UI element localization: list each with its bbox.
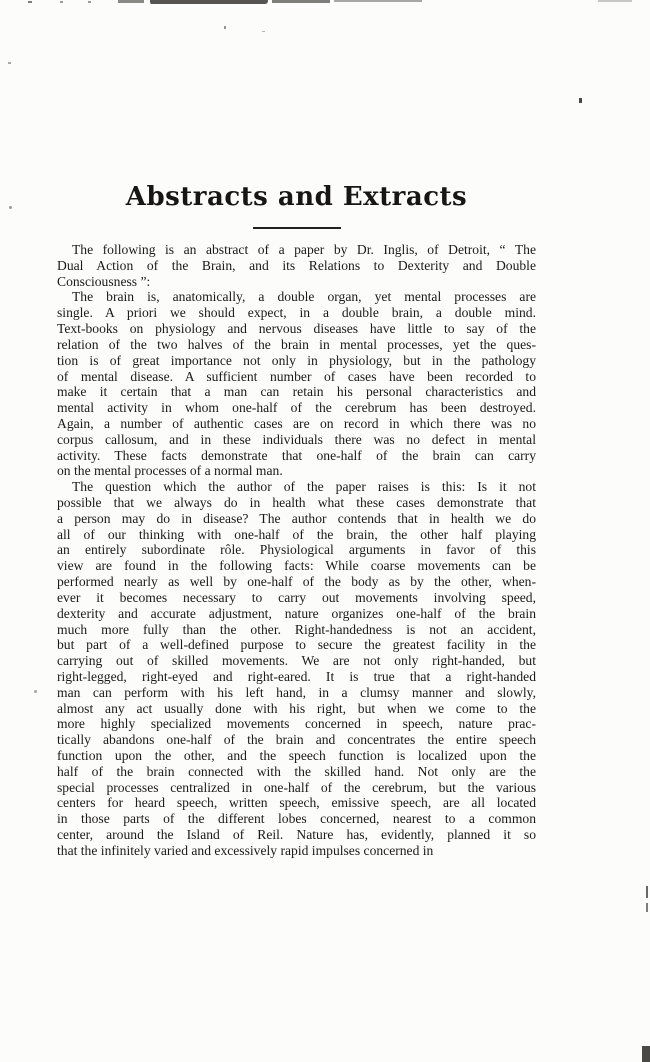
text-line: single. A priori we should expect, in a … bbox=[57, 305, 536, 321]
scan-artifact-top-edge bbox=[60, 1, 63, 3]
scan-speck bbox=[262, 31, 265, 32]
text-line: right-legged, right-eyed and right-eared… bbox=[57, 669, 536, 685]
text-line: view are found in the following facts: W… bbox=[57, 558, 536, 574]
scan-artifact-top-edge bbox=[272, 0, 330, 3]
text-line: Text-books on physiology and nervous dis… bbox=[57, 321, 536, 337]
scan-artifact-top-edge bbox=[150, 0, 268, 4]
text-line: much more fully than the other. Right-ha… bbox=[57, 622, 536, 638]
scan-speck bbox=[34, 690, 37, 693]
text-line: Again, a number of authentic cases are o… bbox=[57, 416, 536, 432]
text-line: special processes centralized in one-hal… bbox=[57, 780, 536, 796]
text-column: Abstracts and Extracts The following is … bbox=[57, 182, 536, 859]
text-line: an entirely subordinate rôle. Physiologi… bbox=[57, 542, 536, 558]
text-line: but part of a well-defined purpose to se… bbox=[57, 637, 536, 653]
text-line: tion is of great importance not only in … bbox=[57, 353, 536, 369]
scan-speck bbox=[9, 206, 12, 209]
body-paragraphs: The following is an abstract of a paper … bbox=[57, 242, 536, 859]
text-line: possible that we always do in health wha… bbox=[57, 495, 536, 511]
text-line: mental activity in whom one-half of the … bbox=[57, 400, 536, 416]
scan-artifact-right-edge bbox=[646, 886, 648, 898]
title-divider bbox=[253, 227, 341, 229]
scan-artifact-corner bbox=[642, 1046, 650, 1062]
text-line: Dual Action of the Brain, and its Relati… bbox=[57, 258, 536, 274]
text-line: center, around the Island of Reil. Natur… bbox=[57, 827, 536, 843]
text-line: a person may do in disease? The author c… bbox=[57, 511, 536, 527]
document-page: Abstracts and Extracts The following is … bbox=[0, 0, 650, 1062]
text-line: Consciousness ”: bbox=[57, 274, 536, 290]
scan-artifact-top-edge bbox=[28, 1, 32, 3]
text-line: tically abandons one-half of the brain a… bbox=[57, 732, 536, 748]
scan-speck bbox=[224, 26, 226, 29]
text-line: of mental disease. A sufficient number o… bbox=[57, 369, 536, 385]
text-line: The brain is, anatomically, a double org… bbox=[57, 289, 536, 305]
paragraph: The brain is, anatomically, a double org… bbox=[57, 289, 536, 479]
page-title: Abstracts and Extracts bbox=[57, 182, 536, 212]
scan-artifact-top-edge bbox=[88, 1, 91, 3]
text-line: all of our thinking with one-half of the… bbox=[57, 527, 536, 543]
text-line: ever it becomes necessary to carry out m… bbox=[57, 590, 536, 606]
text-line: The question which the author of the pap… bbox=[57, 479, 536, 495]
scan-artifact-top-edge bbox=[118, 0, 144, 3]
text-line: corpus callosum, and in these individual… bbox=[57, 432, 536, 448]
text-line: half of the brain connected with the ski… bbox=[57, 764, 536, 780]
text-line: on the mental processes of a normal man. bbox=[57, 463, 536, 479]
scan-speck bbox=[579, 98, 582, 103]
text-line: performed nearly as well by one-half of … bbox=[57, 574, 536, 590]
text-line: relation of the two halves of the brain … bbox=[57, 337, 536, 353]
text-line: that the infinitely varied and excessive… bbox=[57, 843, 536, 859]
text-line: man can perform with his left hand, in a… bbox=[57, 685, 536, 701]
scan-artifact-right-edge bbox=[646, 903, 648, 912]
text-line: dexterity and accurate adjustment, natur… bbox=[57, 606, 536, 622]
text-line: function upon the other, and the speech … bbox=[57, 748, 536, 764]
text-line: centers for heard speech, written speech… bbox=[57, 795, 536, 811]
text-line: carrying out of skilled movements. We ar… bbox=[57, 653, 536, 669]
text-line: The following is an abstract of a paper … bbox=[57, 242, 536, 258]
scan-artifact-top-edge bbox=[598, 0, 632, 2]
paragraph: The question which the author of the pap… bbox=[57, 479, 536, 859]
paragraph: The following is an abstract of a paper … bbox=[57, 242, 536, 289]
scan-artifact-top-edge bbox=[334, 0, 422, 2]
text-line: almost any act usually done with his rig… bbox=[57, 701, 536, 717]
text-line: in those parts of the different lobes co… bbox=[57, 811, 536, 827]
text-line: more highly specialized movements concer… bbox=[57, 716, 536, 732]
text-line: make it certain that a man can retain hi… bbox=[57, 384, 536, 400]
text-line: activity. These facts demonstrate that o… bbox=[57, 448, 536, 464]
scan-speck bbox=[8, 62, 11, 64]
